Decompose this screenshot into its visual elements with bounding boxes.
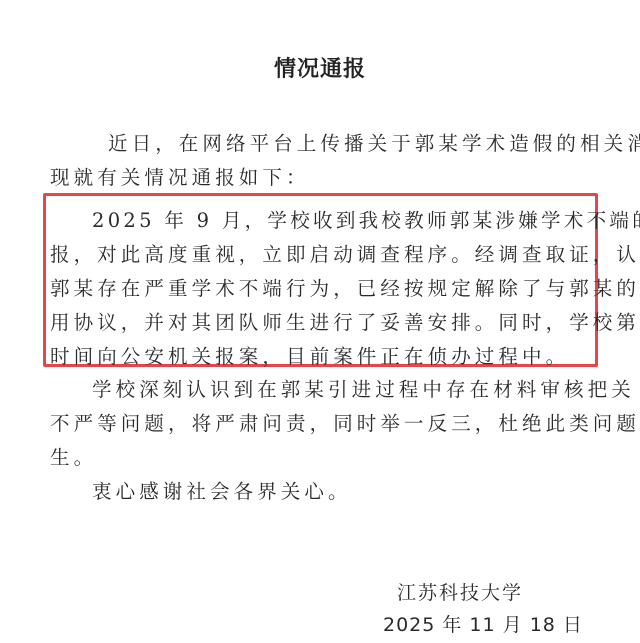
paragraph2-line-2: 不严等问题，将严肃问责，同时举一反三，杜绝此类问题发 <box>50 408 640 436</box>
signature-organization: 江苏科技大学 <box>397 578 523 605</box>
signature-date: 2025 年 11 月 18 日 <box>383 610 583 637</box>
paragraph2-line-1: 学校深刻认识到在郭某引进过程中存在材料审核把关 <box>92 374 635 402</box>
intro-line-2: 现就有关情况通报如下： <box>50 162 310 190</box>
highlight-line-2: 报，对此高度重视，立即启动调查程序。经调查取证，认定 <box>50 239 640 267</box>
document-title: 情况通报 <box>0 52 640 83</box>
paragraph2-line-3: 生。 <box>50 442 97 470</box>
highlight-line-3: 郭某存在严重学术不端行为，已经按规定解除了与郭某的聘 <box>50 273 640 301</box>
closing-line: 衷心感谢社会各界关心。 <box>92 476 352 504</box>
intro-line-1: 近日，在网络平台上传播关于郭某学术造假的相关消息， <box>108 128 640 156</box>
highlight-line-4: 用协议，并对其团队师生进行了妥善安排。同时，学校第一 <box>50 307 640 335</box>
highlight-line-1: 2025 年 9 月，学校收到我校教师郭某涉嫌学术不端的举 <box>92 205 640 233</box>
highlight-line-5: 时间向公安机关报案，目前案件正在侦办过程中。 <box>50 341 569 369</box>
